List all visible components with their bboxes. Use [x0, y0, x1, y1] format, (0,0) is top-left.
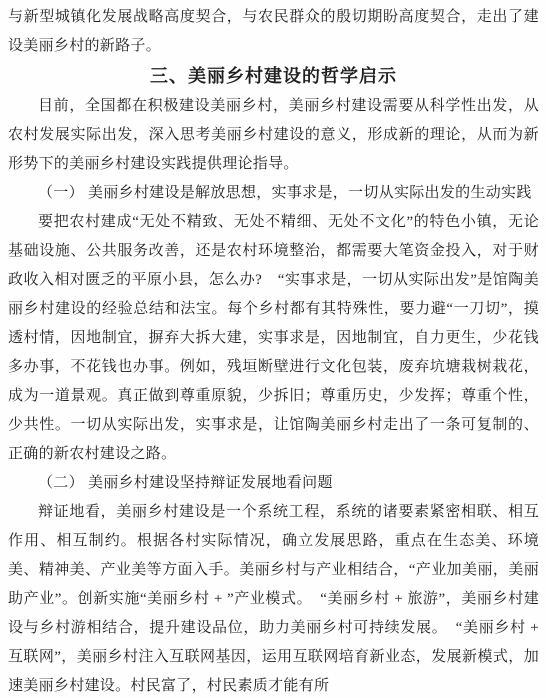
- paragraph-seek-truth: 要把农村建成“无处不精致、无处不精细、无处不文化”的特色小镇，无论基础设施、公共…: [8, 208, 539, 469]
- section-heading: 三、美丽乡村建设的哲学启示: [8, 61, 539, 92]
- paragraph-continuation: 与新型城镇化发展战略高度契合，与农民群众的殷切期盼高度契合，走出了建设美丽乡村的…: [8, 3, 539, 61]
- document-page: 与新型城镇化发展战略高度契合，与农民群众的殷切期盼高度契合，走出了建设美丽乡村的…: [0, 0, 546, 698]
- subheading-one: （一） 美丽乡村建设是解放思想，实事求是，一切从实际出发的生动实践: [8, 179, 539, 208]
- paragraph-dialectics: 辩证地看，美丽乡村建设是一个系统工程，系统的诸要素紧密相联、相互作用、相互制约。…: [8, 498, 539, 698]
- paragraph-intro: 目前，全国都在积极建设美丽乡村，美丽乡村建设需要从科学性出发，从农村发展实际出发…: [8, 92, 539, 179]
- subheading-two: （二） 美丽乡村建设坚持辩证发展地看问题: [8, 469, 539, 498]
